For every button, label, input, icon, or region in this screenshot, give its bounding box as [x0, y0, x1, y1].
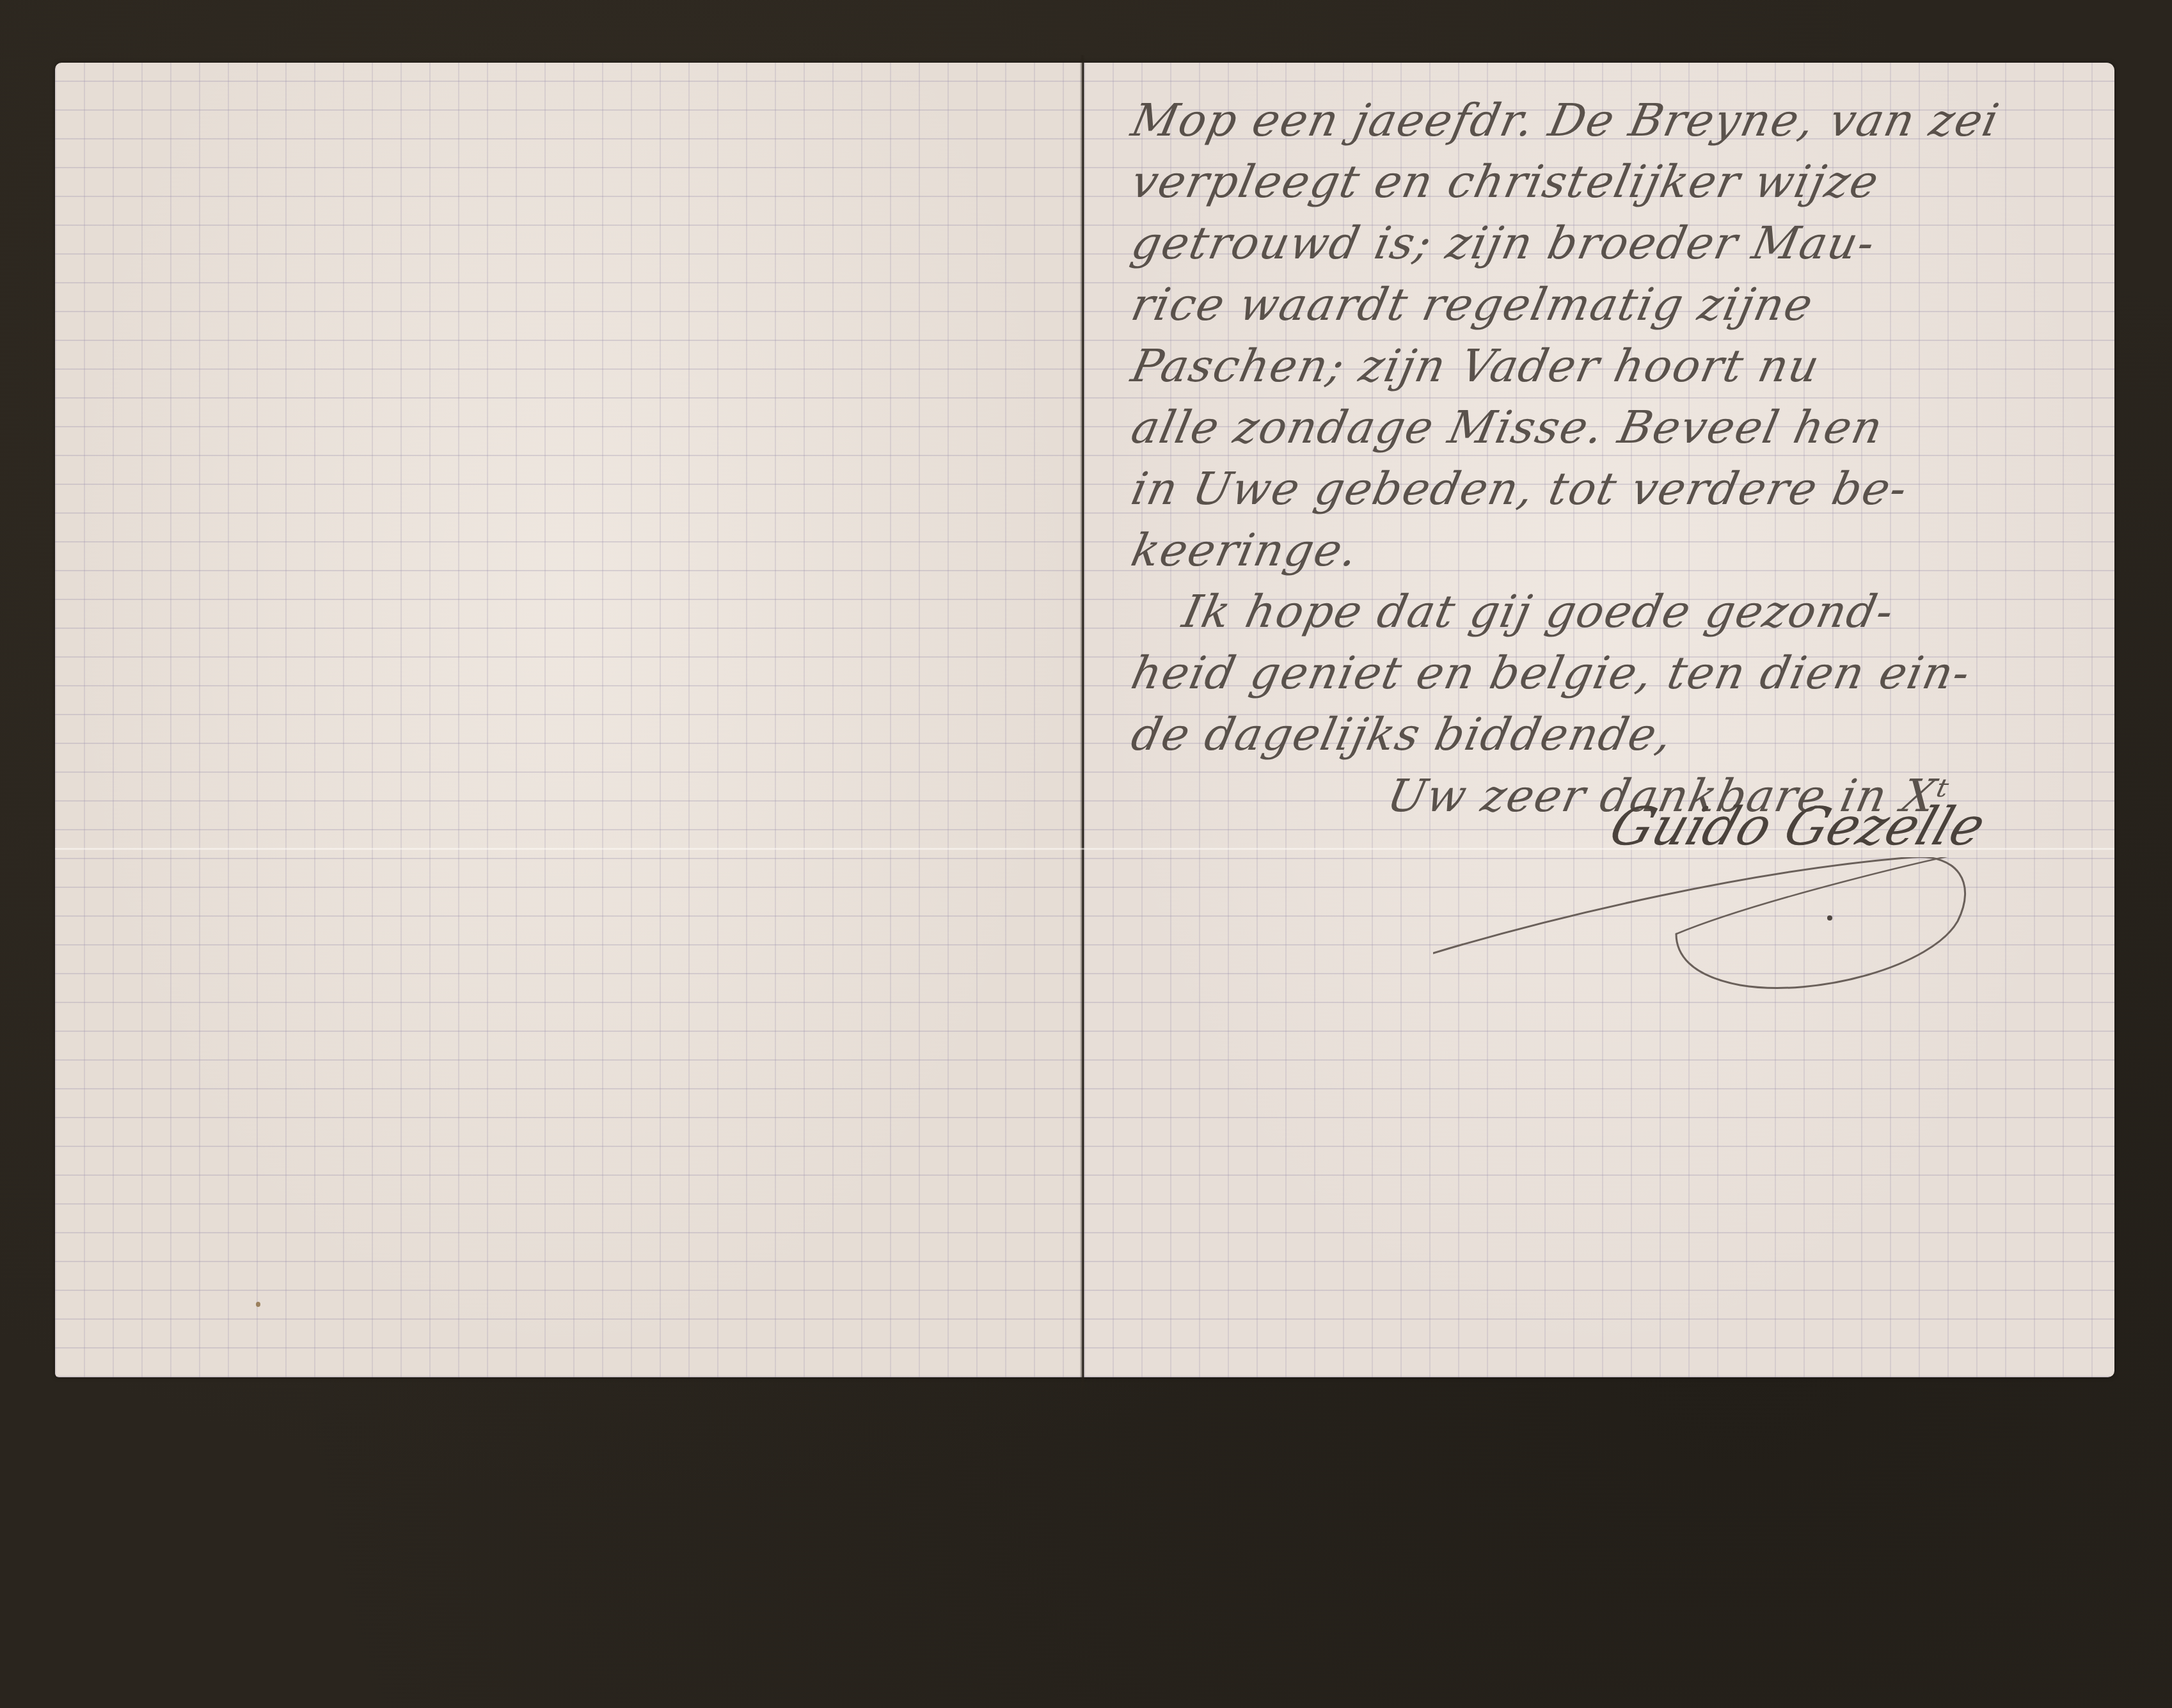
ink-stain [256, 1302, 260, 1307]
letter-line: Mop een jaeefdr. De Breyne, van zei [1126, 90, 2086, 151]
left-page [55, 63, 1082, 1377]
letter-line: in Uwe gebeden, tot verdere be- [1126, 458, 2086, 519]
letter-line: alle zondage Misse. Beveel hen [1126, 397, 2086, 458]
signature-flourish [1433, 857, 2009, 998]
letter-line: Paschen; zijn Vader hoort nu [1126, 335, 2086, 397]
letter-body: Mop een jaeefdr. De Breyne, van zei verp… [1132, 90, 2079, 826]
letter-line: heid geniet en belgie, ten dien ein- [1126, 642, 2086, 704]
letter-line: keeringe. [1126, 519, 2086, 581]
letter-line: verpleegt en christelijker wijze [1126, 151, 2086, 212]
letter-line: getrouwd is; zijn broeder Mau- [1126, 212, 2086, 274]
letter-line: rice waardt regelmatig zijne [1126, 274, 2086, 335]
letter-line: de dagelijks biddende, [1126, 704, 2086, 765]
signature: Guido Gezelle [1603, 796, 1993, 857]
letter-line: Ik hope dat gij goede gezond- [1126, 581, 2086, 642]
center-fold [1080, 55, 1085, 1389]
